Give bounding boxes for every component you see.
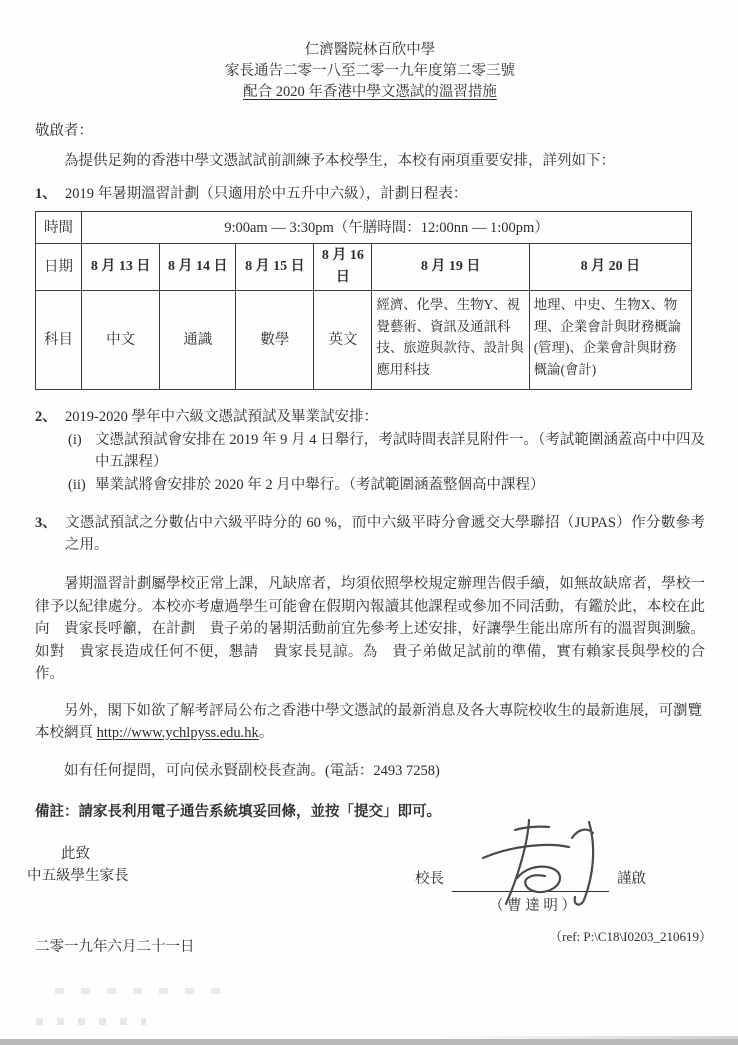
enquiry-paragraph: 如有任何提問，可向侯永賢副校長查詢。(電話：2493 7258)	[35, 760, 705, 782]
signature-block: 校長 謹啟 （ 曹 達 明 ）	[415, 868, 695, 917]
item-1: 1、 2019 年暑期溫習計劃（只適用於中五升中六級），計劃日程表：	[35, 183, 705, 205]
scanned-notice-page: 仁濟醫院林百欣中學 家長通告二零一八至二零一九年度第二零三號 配合 2020 年…	[0, 0, 738, 1045]
time-row-value: 9:00am — 3:30pm（午膳時間：12:00nn — 1:00pm）	[82, 212, 692, 244]
sub-i-text: 文憑試預試會安排在 2019 年 9 月 4 日舉行，考試時間表詳見附件一。（考…	[95, 429, 705, 473]
subject-cell: 通識	[160, 291, 236, 390]
principal-handwritten-signature	[477, 816, 602, 908]
table-row-time: 時間 9:00am — 3:30pm（午膳時間：12:00nn — 1:00pm…	[36, 212, 692, 244]
sub-i-label: (i)	[68, 429, 95, 473]
item-2-sub-ii: (ii) 畢業試將會安排於 2020 年 2 月中舉行。（考試範圍涵蓋整個高中課…	[35, 474, 705, 496]
school-website-link: http://www.ychlpyss.edu.hk	[97, 725, 259, 741]
date-row-label: 日期	[36, 244, 82, 291]
principal-label: 校長	[415, 868, 444, 892]
note-line: 備註：請家長利用電子通告系統填妥回條，並按「提交」即可。	[35, 801, 705, 823]
date-cell: 8 月 19 日	[372, 244, 529, 291]
salutation: 敬啟者：	[35, 120, 705, 142]
document-date: 二零一九年六月二十一日	[35, 936, 195, 958]
document-body: 仁濟醫院林百欣中學 家長通告二零一八至二零一九年度第二零三號 配合 2020 年…	[35, 0, 705, 887]
item-1-text: 2019 年暑期溫習計劃（只適用於中五升中六級），計劃日程表：	[65, 183, 705, 205]
document-header: 仁濟醫院林百欣中學 家長通告二零一八至二零一九年度第二零三號 配合 2020 年…	[35, 40, 705, 103]
website-paragraph: 另外，閣下如欲了解考評局公布之香港中學文憑試的最新消息及各大專院校收生的最新進展…	[35, 700, 705, 744]
summer-revision-schedule-table: 時間 9:00am — 3:30pm（午膳時間：12:00nn — 1:00pm…	[35, 211, 692, 390]
item-2-text: 2019-2020 學年中六級文憑試預試及畢業試安排：	[65, 406, 705, 428]
date-cell: 8 月 14 日	[160, 244, 236, 291]
subject-cell: 數學	[236, 291, 314, 390]
item-2-sub-i: (i) 文憑試預試會安排在 2019 年 9 月 4 日舉行，考試時間表詳見附件…	[35, 429, 705, 473]
item-2-number: 2、	[35, 406, 65, 428]
date-cell: 8 月 13 日	[82, 244, 160, 291]
respectfully-label: 謹啟	[617, 868, 646, 892]
item-3: 3、 文憑試預試之分數佔中六級平時分的 60 %，而中六級平時分會遞交大學聯招（…	[35, 512, 705, 556]
school-name: 仁濟醫院林百欣中學	[35, 40, 705, 61]
reference-number: （ref: P:\C18\I0203_210619）	[549, 926, 712, 948]
scan-artifact	[55, 988, 225, 994]
time-row-label: 時間	[36, 212, 82, 244]
subject-cell: 中文	[82, 291, 160, 390]
item-2: 2、 2019-2020 學年中六級文憑試預試及畢業試安排：	[35, 406, 705, 428]
date-cell: 8 月 20 日	[529, 244, 691, 291]
attendance-paragraph: 暑期溫習計劃屬學校正常上課，凡缺席者，均須依照學校規定辦理告假手續，如無故缺席者…	[35, 573, 705, 686]
scan-artifact	[36, 1018, 146, 1025]
notice-number-line: 家長通告二零一八至二零一九年度第二零三號	[35, 61, 705, 82]
website-text-after: 。	[259, 725, 274, 741]
table-row-subjects: 科目 中文 通識 數學 英文 經濟、化學、生物Y、視覺藝術、資訊及通訊科技、旅遊…	[36, 291, 692, 390]
closing-cihzhi: 此致	[35, 843, 705, 865]
date-cell: 8 月 15 日	[236, 244, 314, 291]
date-cell: 8 月 16 日	[314, 244, 372, 291]
subject-row-label: 科目	[36, 291, 82, 390]
item-3-text: 文憑試預試之分數佔中六級平時分的 60 %，而中六級平時分會遞交大學聯招（JUP…	[65, 512, 705, 556]
scan-edge-bar	[0, 1039, 738, 1045]
item-1-number: 1、	[35, 183, 65, 205]
notice-title: 配合 2020 年香港中學文憑試的溫習措施	[35, 82, 705, 103]
subject-cell: 經濟、化學、生物Y、視覺藝術、資訊及通訊科技、旅遊與款待、設計與應用科技	[372, 291, 529, 390]
sub-ii-text: 畢業試將會安排於 2020 年 2 月中舉行。（考試範圍涵蓋整個高中課程）	[95, 474, 705, 496]
table-row-dates: 日期 8 月 13 日 8 月 14 日 8 月 15 日 8 月 16 日 8…	[36, 244, 692, 291]
sub-ii-label: (ii)	[68, 474, 95, 496]
subject-cell: 英文	[314, 291, 372, 390]
item-3-number: 3、	[35, 512, 65, 556]
subject-cell: 地理、中史、生物X、物理、企業會計與財務概論(管理)、企業會計與財務概論(會計)	[529, 291, 691, 390]
intro-paragraph: 為提供足夠的香港中學文憑試試前訓練予本校學生，本校有兩項重要安排，詳列如下：	[35, 150, 705, 172]
